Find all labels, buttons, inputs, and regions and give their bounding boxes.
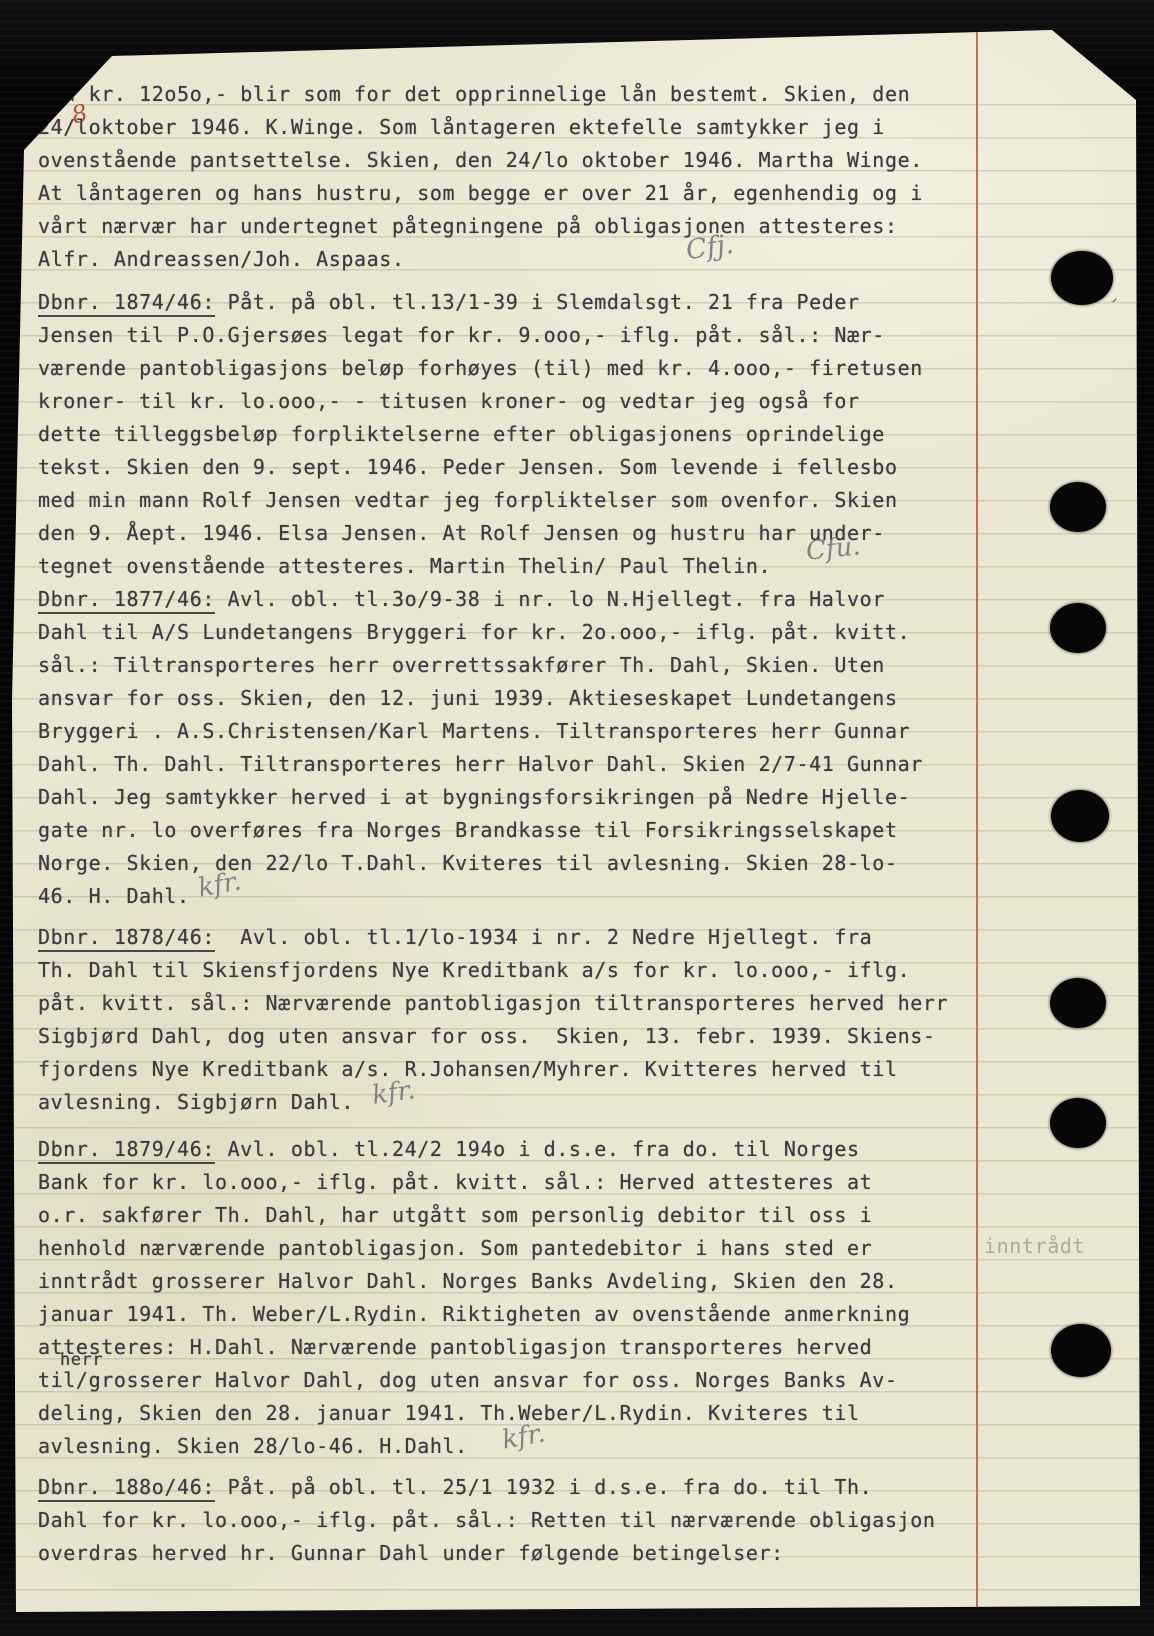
- text-line: lån kr. 12o5o,- blir som for det opprinn…: [38, 78, 988, 111]
- text-line: fjordens Nye Kreditbank a/s. R.Johansen/…: [38, 1053, 988, 1086]
- text-line: ovenstående pantsettelse. Skien, den 24/…: [38, 144, 988, 177]
- text-line: sål.: Tiltransporteres herr overrettssak…: [38, 649, 988, 682]
- entry-first-line: Påt. på obl. tl. 25/1 1932 i d.s.e. fra …: [215, 1475, 872, 1499]
- text-line: Bank for kr. lo.ooo,- iflg. påt. kvitt. …: [38, 1166, 988, 1199]
- text-line: ansvar for oss. Skien, den 12. juni 1939…: [38, 682, 988, 715]
- entry-number: Dbnr. 1878/46:: [38, 925, 215, 952]
- text-line: deling, Skien den 28. januar 1941. Th.We…: [38, 1397, 988, 1430]
- punch-hole: [1051, 1324, 1111, 1377]
- text-line: tegnet ovenstående attesteres. Martin Th…: [38, 550, 988, 583]
- faint-margin-note: inntrådt: [984, 1234, 1085, 1258]
- paragraph-dbnr-1880-46: Dbnr. 188o/46: Påt. på obl. tl. 25/1 193…: [38, 1471, 988, 1570]
- ledger-page: 964. lån kr. 12o5o,- blir som for det op…: [0, 0, 1154, 1636]
- paragraph-dbnr-1874-46: Dbnr. 1874/46: Påt. på obl. tl.13/1-39 i…: [38, 286, 988, 583]
- pencil-mark: ,: [1110, 282, 1124, 307]
- entry-number: Dbnr. 188o/46:: [38, 1475, 215, 1502]
- text-line: Dbnr. 1878/46: Avl. obl. tl.1/lo-1934 i …: [38, 921, 988, 954]
- text-line: 46. H. Dahl.: [38, 880, 988, 913]
- punch-hole: [1050, 1098, 1106, 1148]
- punch-hole: [1051, 251, 1113, 305]
- text-line: avlesning. Skien 28/lo-46. H.Dahl.: [38, 1430, 988, 1463]
- entry-number: Dbnr. 1877/46:: [38, 587, 215, 614]
- paragraph-intro: lån kr. 12o5o,- blir som for det opprinn…: [38, 78, 988, 276]
- text-line: henhold nærværende pantobligasjon. Som p…: [38, 1232, 988, 1265]
- text-line: Dahl for kr. lo.ooo,- iflg. påt. sål.: R…: [38, 1504, 988, 1537]
- text-line: Dbnr. 1877/46: Avl. obl. tl.3o/9-38 i nr…: [38, 583, 988, 616]
- text-line: Dbnr. 188o/46: Påt. på obl. tl. 25/1 193…: [38, 1471, 988, 1504]
- entry-first-line: Påt. på obl. tl.13/1-39 i Slemdalsgt. 21…: [215, 290, 860, 314]
- text-line: Dahl til A/S Lundetangens Bryggeri for k…: [38, 616, 988, 649]
- text-line: Jensen til P.O.Gjersøes legat for kr. 9.…: [38, 319, 988, 352]
- entry-first-line: Avl. obl. tl.3o/9-38 i nr. lo N.Hjellegt…: [215, 587, 885, 611]
- text-line: Bryggeri . A.S.Christensen/Karl Martens.…: [38, 715, 988, 748]
- text-line: avlesning. Sigbjørn Dahl.: [38, 1086, 988, 1119]
- entry-number: Dbnr. 1874/46:: [38, 290, 215, 317]
- text-line: vårt nærvær har undertegnet påtegningene…: [38, 210, 988, 243]
- typewritten-text: lån kr. 12o5o,- blir som for det opprinn…: [38, 78, 988, 1570]
- entry-first-line: Avl. obl. tl.1/lo-1934 i nr. 2 Nedre Hje…: [215, 925, 872, 949]
- text-line: overdras herved hr. Gunnar Dahl under fø…: [38, 1537, 988, 1570]
- text-line: Dahl. Jeg samtykker herved i at bygnings…: [38, 781, 988, 814]
- punch-hole: [1051, 790, 1109, 842]
- text-line: gate nr. lo overføres fra Norges Brandka…: [38, 814, 988, 847]
- text-line: den 9. Åept. 1946. Elsa Jensen. At Rolf …: [38, 517, 988, 550]
- text-line: At låntageren og hans hustru, som begge …: [38, 177, 988, 210]
- text-line: værende pantobligasjons beløp forhøyes (…: [38, 352, 988, 385]
- typed-insertion-herr: herr: [60, 1350, 103, 1370]
- text-line: tekst. Skien den 9. sept. 1946. Peder Je…: [38, 451, 988, 484]
- text-line: Th. Dahl til Skiensfjordens Nye Kreditba…: [38, 954, 988, 987]
- text-line: 24/loktober 1946. K.Winge. Som låntagere…: [38, 111, 988, 144]
- text-line: kroner- til kr. lo.ooo,- - titusen krone…: [38, 385, 988, 418]
- text-line: Dbnr. 1874/46: Påt. på obl. tl.13/1-39 i…: [38, 286, 988, 319]
- text-line: Alfr. Andreassen/Joh. Aspaas.: [38, 243, 988, 276]
- punch-hole: [1050, 482, 1106, 532]
- text-line: Dahl. Th. Dahl. Tiltransporteres herr Ha…: [38, 748, 988, 781]
- text-line: januar 1941. Th. Weber/L.Rydin. Riktighe…: [38, 1298, 988, 1331]
- entry-number: Dbnr. 1879/46:: [38, 1137, 215, 1164]
- text-line: o.r. sakfører Th. Dahl, har utgått som p…: [38, 1199, 988, 1232]
- text-line: med min mann Rolf Jensen vedtar jeg forp…: [38, 484, 988, 517]
- text-line: Sigbjørd Dahl, dog uten ansvar for oss. …: [38, 1020, 988, 1053]
- paragraph-dbnr-1879-46: Dbnr. 1879/46: Avl. obl. tl.24/2 194o i …: [38, 1133, 988, 1463]
- text-line: Norge. Skien, den 22/lo T.Dahl. Kviteres…: [38, 847, 988, 880]
- entry-first-line: Avl. obl. tl.24/2 194o i d.s.e. fra do. …: [215, 1137, 860, 1161]
- text-line: til/grosserer Halvor Dahl, dog uten ansv…: [38, 1364, 988, 1397]
- text-line: inntrådt grosserer Halvor Dahl. Norges B…: [38, 1265, 988, 1298]
- text-line: Dbnr. 1879/46: Avl. obl. tl.24/2 194o i …: [38, 1133, 988, 1166]
- paragraph-dbnr-1878-46: Dbnr. 1878/46: Avl. obl. tl.1/lo-1934 i …: [38, 921, 988, 1119]
- punch-hole: [1050, 603, 1106, 653]
- punch-hole: [1050, 978, 1106, 1028]
- text-line: attesteres: H.Dahl. Nærværende pantoblig…: [38, 1331, 988, 1364]
- text-line: dette tilleggsbeløp forpliktelserne efte…: [38, 418, 988, 451]
- paragraph-dbnr-1877-46: Dbnr. 1877/46: Avl. obl. tl.3o/9-38 i nr…: [38, 583, 988, 913]
- text-line: påt. kvitt. sål.: Nærværende pantobligas…: [38, 987, 988, 1020]
